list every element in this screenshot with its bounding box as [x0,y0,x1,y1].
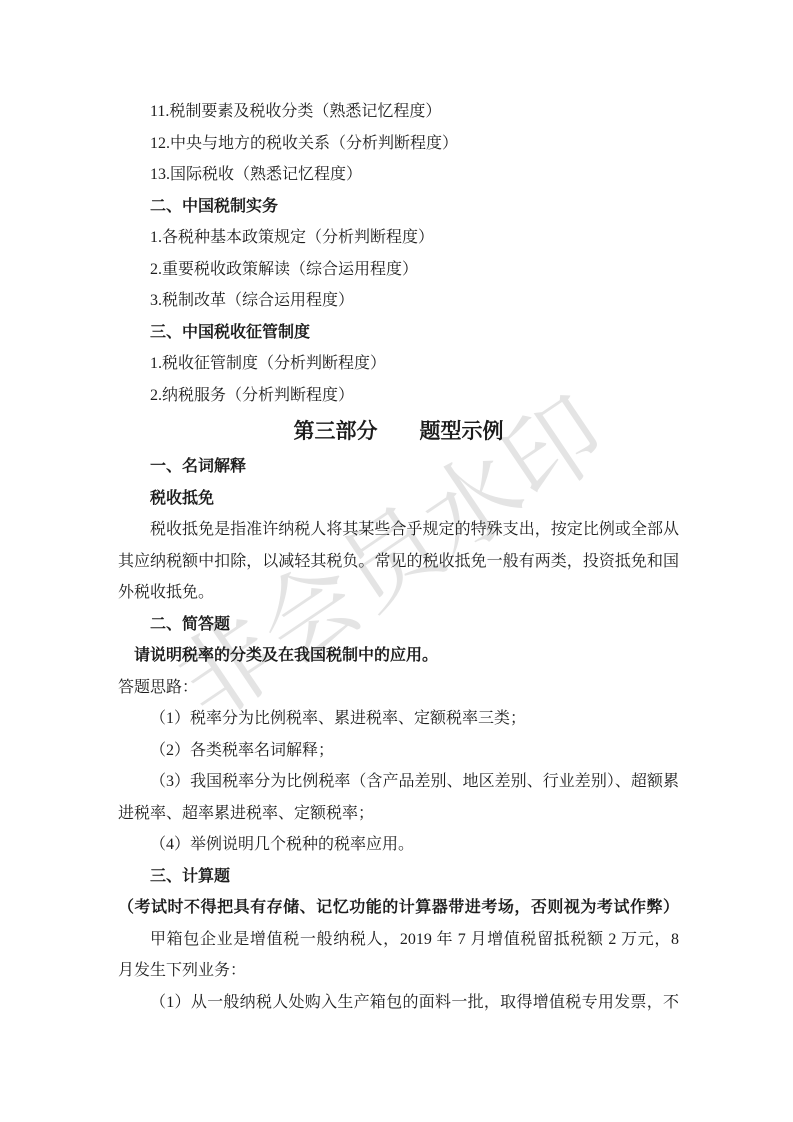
document-line: 12.中央与地方的税收关系（分析判断程度） [118,128,679,160]
document-line: 答题思路： [118,672,679,704]
document-line: 甲箱包企业是增值税一般纳税人，2019 年 7 月增值税留抵税额 2 万元，8 [118,924,679,956]
document-line: （考试时不得把具有存储、记忆功能的计算器带进考场，否则视为考试作弊） [118,892,679,924]
document-line: 2.重要税收政策解读（综合运用程度） [118,254,679,286]
document-line: 1.税收征管制度（分析判断程度） [118,348,679,380]
document-line: 13.国际税收（熟悉记忆程度） [118,159,679,191]
document-line: 二、中国税制实务 [118,191,679,223]
document-body: 11.税制要素及税收分类（熟悉记忆程度）12.中央与地方的税收关系（分析判断程度… [118,96,679,1018]
document-page: 非会员水印 11.税制要素及税收分类（熟悉记忆程度）12.中央与地方的税收关系（… [0,0,793,1122]
document-line: 税收抵免 [118,483,679,515]
document-line: 三、计算题 [118,861,679,893]
document-line: 11.税制要素及税收分类（熟悉记忆程度） [118,96,679,128]
document-line: 外税收抵免。 [118,577,679,609]
part-title: 第三部分 题型示例 [118,411,679,451]
document-line: （3）我国税率分为比例税率（含产品差别、地区差别、行业差别）、超额累 [118,766,679,798]
document-line: 三、中国税收征管制度 [118,317,679,349]
document-line: （4）举例说明几个税种的税率应用。 [118,829,679,861]
document-line: 其应纳税额中扣除，以减轻其税负。常见的税收抵免一般有两类，投资抵免和国 [118,546,679,578]
document-line: 月发生下列业务： [118,955,679,987]
document-line: （2）各类税率名词解释； [118,735,679,767]
document-line: （1）税率分为比例税率、累进税率、定额税率三类； [118,703,679,735]
document-line: 二、简答题 [118,609,679,641]
document-line: （1）从一般纳税人处购入生产箱包的面料一批，取得增值税专用发票，不 [118,987,679,1019]
document-line: 税收抵免是指准许纳税人将其某些合乎规定的特殊支出，按定比例或全部从 [118,514,679,546]
document-line: 2.纳税服务（分析判断程度） [118,380,679,412]
document-line: 进税率、超率累进税率、定额税率； [118,798,679,830]
document-line: 3.税制改革（综合运用程度） [118,285,679,317]
document-line: 一、名词解释 [118,451,679,483]
document-line: 请说明税率的分类及在我国税制中的应用。 [118,640,679,672]
document-line: 1.各税种基本政策规定（分析判断程度） [118,222,679,254]
